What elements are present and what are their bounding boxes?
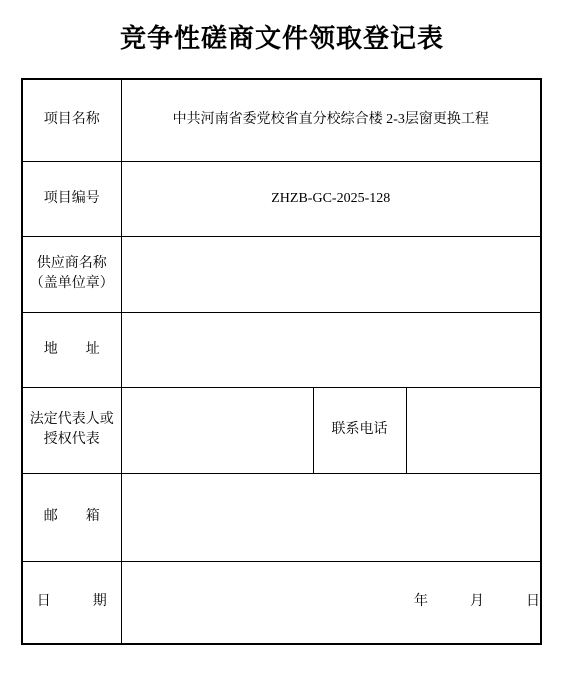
project-name-label: 项目名称 (22, 79, 121, 161)
row-supplier: 供应商名称 （盖单位章） (22, 236, 541, 312)
registration-table: 项目名称 中共河南省委党校省直分校综合楼 2-3层窗更换工程 项目编号 ZHZB… (21, 78, 542, 645)
page-title: 竞争性磋商文件领取登记表 (0, 22, 564, 56)
row-representative: 法定代表人或 授权代表 联系电话 (22, 387, 541, 473)
representative-label-line1: 法定代表人或 (23, 410, 121, 430)
project-name-value: 中共河南省委党校省直分校综合楼 2-3层窗更换工程 (121, 79, 541, 161)
email-label: 邮 箱 (22, 473, 121, 561)
representative-label-line2: 授权代表 (23, 430, 121, 450)
phone-value-field[interactable] (406, 387, 541, 473)
row-address: 地 址 (22, 312, 541, 387)
supplier-value-field[interactable] (121, 236, 541, 312)
representative-label: 法定代表人或 授权代表 (22, 387, 121, 473)
project-number-value: ZHZB-GC-2025-128 (121, 161, 541, 236)
email-value-field[interactable] (121, 473, 541, 561)
address-value-field[interactable] (121, 312, 541, 387)
row-project-number: 项目编号 ZHZB-GC-2025-128 (22, 161, 541, 236)
supplier-label: 供应商名称 （盖单位章） (22, 236, 121, 312)
supplier-label-line2: （盖单位章） (23, 274, 121, 294)
representative-value-field[interactable] (121, 387, 313, 473)
date-label: 日 期 (22, 561, 121, 644)
phone-label: 联系电话 (313, 387, 406, 473)
row-project-name: 项目名称 中共河南省委党校省直分校综合楼 2-3层窗更换工程 (22, 79, 541, 161)
address-label: 地 址 (22, 312, 121, 387)
supplier-label-line1: 供应商名称 (23, 254, 121, 274)
project-number-label: 项目编号 (22, 161, 121, 236)
date-value-field[interactable]: 年 月 日 (121, 561, 541, 644)
row-date: 日 期 年 月 日 (22, 561, 541, 644)
row-email: 邮 箱 (22, 473, 541, 561)
